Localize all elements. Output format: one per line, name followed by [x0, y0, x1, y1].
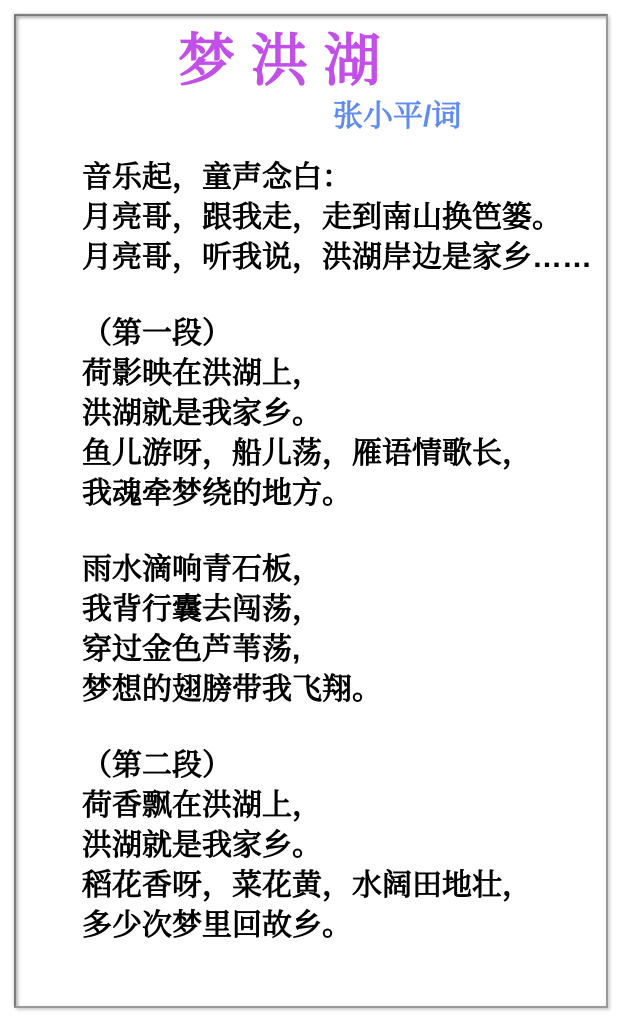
lyric-line: 我魂牵梦绕的地方。 — [82, 474, 606, 514]
lyric-line: 雨水滴响青石板， — [82, 550, 606, 590]
song-title: 梦 洪 湖 — [16, 33, 606, 90]
lyric-line: 音乐起，童声念白： — [82, 158, 606, 198]
stanza-verse-1: （第一段） 荷影映在洪湖上， 洪湖就是我家乡。 鱼儿游呀，船儿荡，雁语情歌长， … — [82, 314, 606, 514]
lyric-line: 洪湖就是我家乡。 — [82, 394, 606, 434]
song-credit: 张小平/词 — [16, 102, 606, 132]
stanza-bridge: 雨水滴响青石板， 我背行囊去闯荡， 穿过金色芦苇荡, 梦想的翅膀带我飞翔。 — [82, 550, 606, 710]
lyric-line: 多少次梦里回故乡。 — [82, 906, 606, 946]
stanza-intro: 音乐起，童声念白： 月亮哥，跟我走，走到南山换笆篓。 月亮哥，听我说，洪湖岸边是… — [82, 158, 606, 278]
lyric-line: 穿过金色芦苇荡, — [82, 630, 606, 670]
lyric-line: 荷香飘在洪湖上， — [82, 786, 606, 826]
stanza-label: （第一段） — [82, 314, 606, 354]
lyric-line: 鱼儿游呀，船儿荡，雁语情歌长， — [82, 434, 606, 474]
lyric-line: 洪湖就是我家乡。 — [82, 826, 606, 866]
lyric-line: 稻花香呀，菜花黄，水阔田地壮， — [82, 866, 606, 906]
lyrics-sheet: 梦 洪 湖 张小平/词 音乐起，童声念白： 月亮哥，跟我走，走到南山换笆篓。 月… — [14, 14, 608, 1008]
lyric-line: 我背行囊去闯荡， — [82, 590, 606, 630]
stanza-label: （第二段） — [82, 746, 606, 786]
lyric-line: 月亮哥，跟我走，走到南山换笆篓。 — [82, 198, 606, 238]
stanza-verse-2: （第二段） 荷香飘在洪湖上， 洪湖就是我家乡。 稻花香呀，菜花黄，水阔田地壮， … — [82, 746, 606, 946]
lyric-line: 月亮哥，听我说，洪湖岸边是家乡…… — [82, 238, 606, 278]
lyric-line: 荷影映在洪湖上， — [82, 354, 606, 394]
lyrics-body: 音乐起，童声念白： 月亮哥，跟我走，走到南山换笆篓。 月亮哥，听我说，洪湖岸边是… — [16, 158, 606, 946]
lyric-line: 梦想的翅膀带我飞翔。 — [82, 670, 606, 710]
